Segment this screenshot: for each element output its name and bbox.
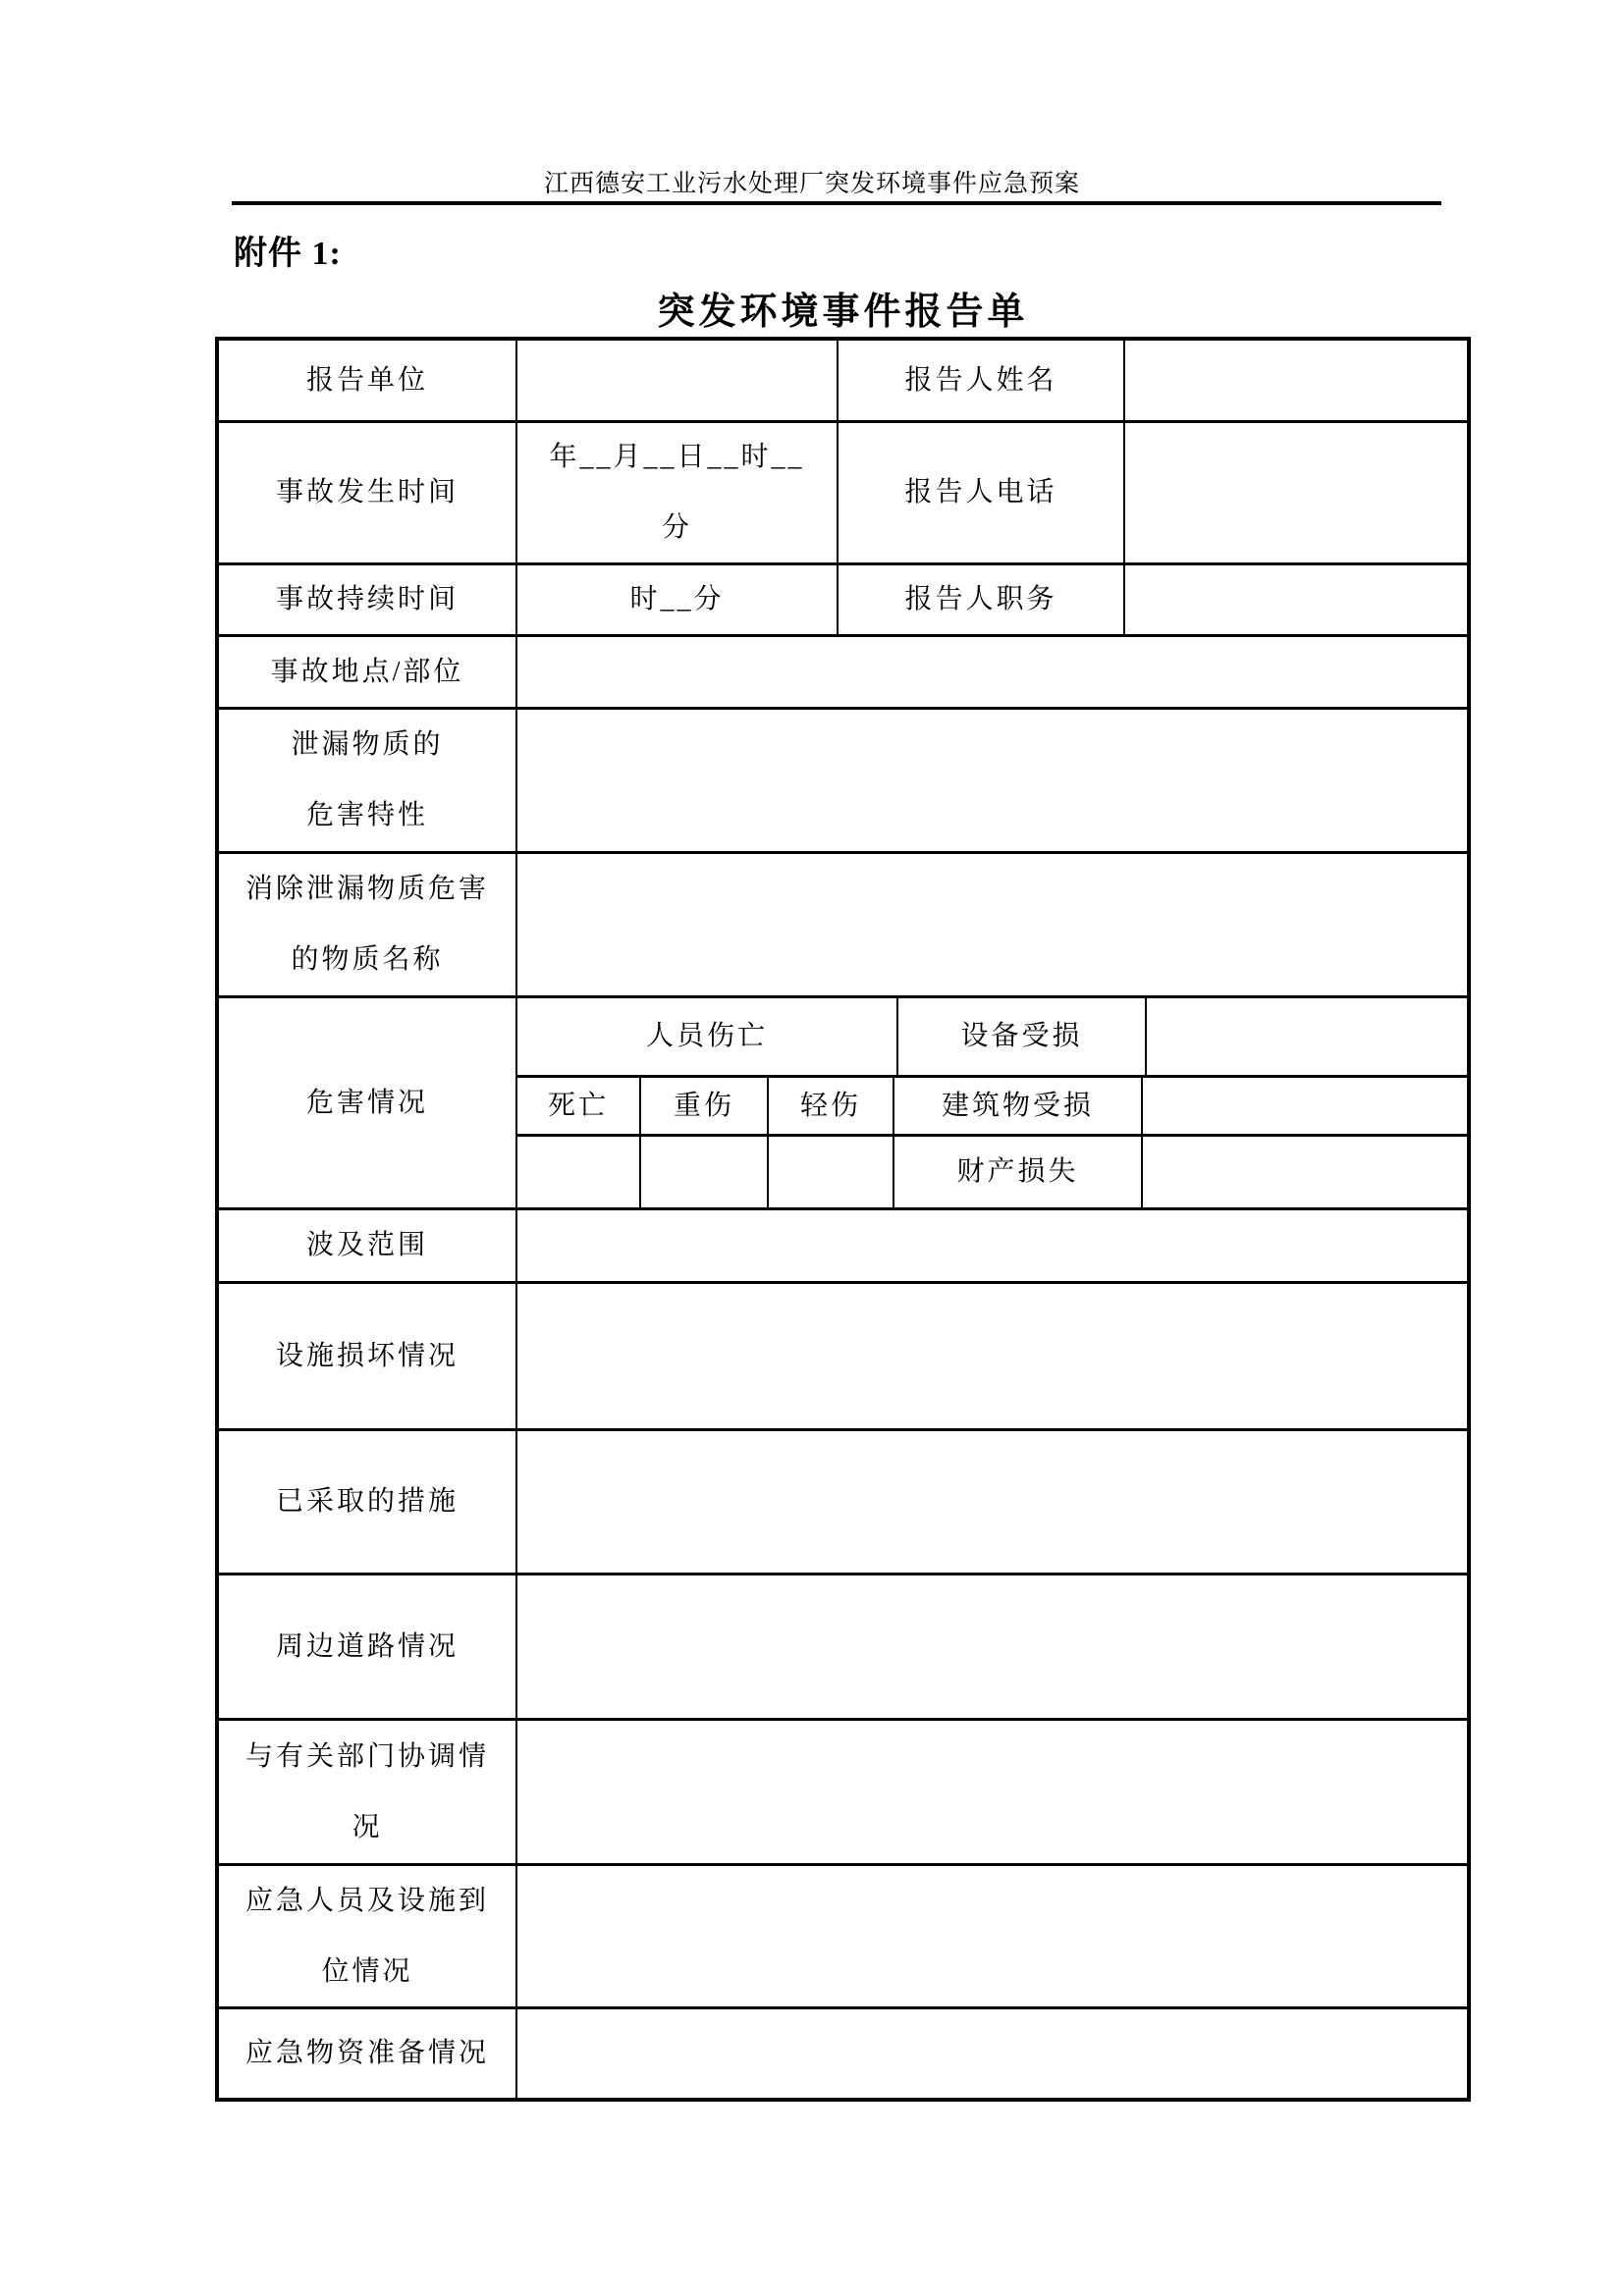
death-count-cell[interactable]	[517, 1137, 639, 1207]
leaked-substance-hazard-value-cell[interactable]	[515, 710, 1467, 851]
neutralizing-substance-label: 消除泄漏物质危害 的物质名称	[219, 854, 515, 995]
header-rule	[232, 201, 1441, 205]
table-row: 报告单位 报告人姓名	[219, 341, 1467, 420]
report-unit-label: 报告单位	[219, 341, 515, 420]
supplies-prepared-value-cell[interactable]	[515, 2009, 1467, 2098]
facility-damage-label: 设施损坏情况	[219, 1284, 515, 1428]
table-row: 已采取的措施	[219, 1428, 1467, 1573]
property-loss-value-cell[interactable]	[1141, 1137, 1467, 1207]
table-row: 波及范围	[219, 1207, 1467, 1281]
report-form-table: 报告单位 报告人姓名 事故发生时间 年__月__日__时__ 分 报告人电话 事…	[215, 337, 1471, 2102]
affected-area-label: 波及范围	[219, 1210, 515, 1281]
measures-taken-label: 已采取的措施	[219, 1431, 515, 1573]
light-injury-label: 轻伤	[767, 1078, 893, 1134]
table-row: 与有关部门协调情 况	[219, 1718, 1467, 1863]
equipment-damage-value-cell[interactable]	[1145, 998, 1467, 1075]
reporter-phone-label: 报告人电话	[837, 423, 1123, 562]
document-header: 江西德安工业污水处理厂突发环境事件应急预案	[0, 164, 1624, 199]
equipment-damage-label: 设备受损	[896, 998, 1145, 1075]
table-row: 应急物资准备情况	[219, 2006, 1467, 2098]
reporter-title-value-cell[interactable]	[1123, 565, 1467, 634]
hazard-situation-row: 危害情况 人员伤亡 设备受损 死亡 重伤 轻伤 建筑物受损 财产损失	[219, 995, 1467, 1207]
form-title: 突发环境事件报告单	[215, 281, 1471, 335]
personnel-in-place-label: 应急人员及设施到 位情况	[219, 1866, 515, 2006]
attachment-label: 附件 1:	[234, 226, 342, 274]
facility-damage-value-cell[interactable]	[515, 1284, 1467, 1428]
light-injury-count-cell[interactable]	[767, 1137, 893, 1207]
building-damage-value-cell[interactable]	[1141, 1078, 1467, 1134]
table-row: 人员伤亡 设备受损	[517, 998, 1467, 1075]
affected-area-value-cell[interactable]	[515, 1210, 1467, 1281]
incident-duration-label: 事故持续时间	[219, 565, 515, 634]
table-row: 死亡 重伤 轻伤 建筑物受损	[517, 1075, 1467, 1134]
neutralizing-substance-value-cell[interactable]	[515, 854, 1467, 995]
surrounding-roads-value-cell[interactable]	[515, 1575, 1467, 1718]
incident-location-label: 事故地点/部位	[219, 637, 515, 707]
table-row: 设施损坏情况	[219, 1281, 1467, 1428]
coordination-label: 与有关部门协调情 况	[219, 1721, 515, 1863]
table-row: 周边道路情况	[219, 1573, 1467, 1718]
personnel-in-place-value-cell[interactable]	[515, 1866, 1467, 2006]
incident-duration-format-cell[interactable]: 时__分	[515, 565, 837, 634]
table-row: 消除泄漏物质危害 的物质名称	[219, 851, 1467, 995]
hazard-situation-label: 危害情况	[219, 998, 515, 1207]
hazard-situation-grid: 人员伤亡 设备受损 死亡 重伤 轻伤 建筑物受损 财产损失	[515, 998, 1467, 1207]
leaked-substance-hazard-label: 泄漏物质的 危害特性	[219, 710, 515, 851]
incident-location-value-cell[interactable]	[515, 637, 1467, 707]
table-row: 事故地点/部位	[219, 634, 1467, 707]
table-row: 应急人员及设施到 位情况	[219, 1863, 1467, 2006]
measures-taken-value-cell[interactable]	[515, 1431, 1467, 1573]
table-row: 事故发生时间 年__月__日__时__ 分 报告人电话	[219, 420, 1467, 562]
casualties-header-label: 人员伤亡	[517, 998, 896, 1075]
building-damage-label: 建筑物受损	[893, 1078, 1141, 1134]
death-label: 死亡	[517, 1078, 639, 1134]
reporter-phone-value-cell[interactable]	[1123, 423, 1467, 562]
surrounding-roads-label: 周边道路情况	[219, 1575, 515, 1718]
coordination-value-cell[interactable]	[515, 1721, 1467, 1863]
supplies-prepared-label: 应急物资准备情况	[219, 2009, 515, 2098]
property-loss-label: 财产损失	[893, 1137, 1141, 1207]
table-row: 事故持续时间 时__分 报告人职务	[219, 562, 1467, 634]
reporter-name-label: 报告人姓名	[837, 341, 1123, 420]
report-unit-value-cell[interactable]	[515, 341, 837, 420]
reporter-name-value-cell[interactable]	[1123, 341, 1467, 420]
serious-injury-count-cell[interactable]	[639, 1137, 767, 1207]
incident-time-format-cell[interactable]: 年__月__日__时__ 分	[515, 423, 837, 562]
table-row: 财产损失	[517, 1134, 1467, 1207]
serious-injury-label: 重伤	[639, 1078, 767, 1134]
incident-time-label: 事故发生时间	[219, 423, 515, 562]
reporter-title-label: 报告人职务	[837, 565, 1123, 634]
table-row: 泄漏物质的 危害特性	[219, 707, 1467, 851]
